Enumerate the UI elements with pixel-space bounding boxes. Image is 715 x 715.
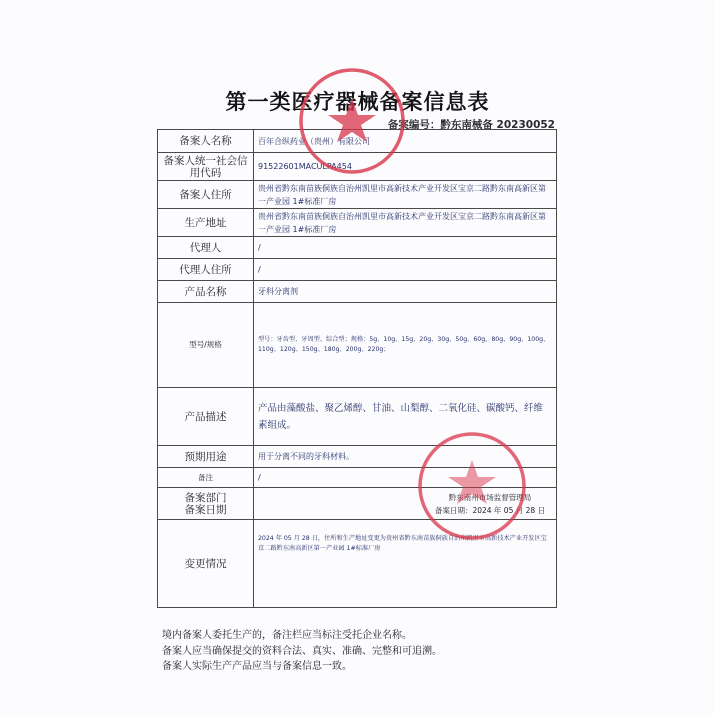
label-agent: 代理人	[158, 237, 254, 259]
table-row: 型号/规格 型号：牙齿型、牙周型、综合型；规格：5g、10g、15g、20g、3…	[158, 303, 557, 388]
table-row: 代理人住所 /	[158, 259, 557, 281]
value-dept-date: 黔东南州市场监督管理局 备案日期：2024 年 05 月 28 日	[254, 488, 557, 520]
label-remarks: 备注	[158, 468, 254, 488]
table-row: 备注 /	[158, 468, 557, 488]
label-filing-department: 备案部门	[162, 492, 249, 504]
label-credit-code: 备案人统一社会信用代码	[158, 153, 254, 181]
value-filer-address: 贵州省黔东南苗族侗族自治州凯里市高新技术产业开发区宝京二路黔东南高新区第一产业园…	[254, 181, 557, 209]
footnotes: 境内备案人委托生产的，备注栏应当标注受托企业名称。 备案人应当确保提交的资料合法…	[162, 628, 442, 675]
note-line: 备案人实际生产产品应当与备案信息一致。	[162, 659, 442, 675]
value-filing-date: 备案日期：2024 年 05 月 28 日	[258, 504, 552, 517]
value-product-description: 产品由藻酸盐、聚乙烯醇、甘油、山梨醇、二氧化硅、碳酸钙、纤维素组成。	[254, 388, 557, 446]
table-row: 产品描述 产品由藻酸盐、聚乙烯醇、甘油、山梨醇、二氧化硅、碳酸钙、纤维素组成。	[158, 388, 557, 446]
table-row: 变更情况 2024 年 05 月 28 日，住所和生产地址变更为贵州省黔东南苗族…	[158, 520, 557, 608]
label-change-history: 变更情况	[158, 520, 254, 608]
label-filer-name: 备案人名称	[158, 130, 254, 153]
note-line: 备案人应当确保提交的资料合法、真实、准确、完整和可追溯。	[162, 644, 442, 660]
table-row: 备案人住所 贵州省黔东南苗族侗族自治州凯里市高新技术产业开发区宝京二路黔东南高新…	[158, 181, 557, 209]
label-filer-address: 备案人住所	[158, 181, 254, 209]
value-change-history: 2024 年 05 月 28 日，住所和生产地址变更为贵州省黔东南苗族侗族自治州…	[254, 520, 557, 608]
table-row: 备案部门 备案日期 黔东南州市场监督管理局 备案日期：2024 年 05 月 2…	[158, 488, 557, 520]
value-agent-address: /	[254, 259, 557, 281]
label-dept-date: 备案部门 备案日期	[158, 488, 254, 520]
label-model-spec: 型号/规格	[158, 303, 254, 388]
value-intended-use: 用于分离不同的牙科材料。	[254, 446, 557, 468]
table-row: 代理人 /	[158, 237, 557, 259]
value-production-address: 贵州省黔东南苗族侗族自治州凯里市高新技术产业开发区宝京二路黔东南高新区第一产业园…	[254, 209, 557, 237]
table-row: 生产地址 贵州省黔东南苗族侗族自治州凯里市高新技术产业开发区宝京二路黔东南高新区…	[158, 209, 557, 237]
label-production-address: 生产地址	[158, 209, 254, 237]
value-agent: /	[254, 237, 557, 259]
value-product-name: 牙科分离剂	[254, 281, 557, 303]
filing-info-table: 备案人名称 百年合纵药业（贵州）有限公司 备案人统一社会信用代码 9152260…	[157, 129, 557, 608]
value-credit-code: 91522601MACULPA454	[254, 153, 557, 181]
table-row: 预期用途 用于分离不同的牙科材料。	[158, 446, 557, 468]
table-row: 产品名称 牙科分离剂	[158, 281, 557, 303]
value-model-spec: 型号：牙齿型、牙周型、综合型；规格：5g、10g、15g、20g、30g、50g…	[254, 303, 557, 388]
label-product-description: 产品描述	[158, 388, 254, 446]
label-product-name: 产品名称	[158, 281, 254, 303]
document-page: 第一类医疗器械备案信息表 备案编号：黔东南械备 20230052 备案人名称 百…	[0, 0, 715, 715]
document-title: 第一类医疗器械备案信息表	[0, 86, 715, 116]
table-row: 备案人名称 百年合纵药业（贵州）有限公司	[158, 130, 557, 153]
note-line: 境内备案人委托生产的，备注栏应当标注受托企业名称。	[162, 628, 442, 644]
value-filing-department: 黔东南州市场监督管理局	[258, 491, 552, 504]
label-filing-date: 备案日期	[162, 504, 249, 516]
value-remarks: /	[254, 468, 557, 488]
label-intended-use: 预期用途	[158, 446, 254, 468]
label-agent-address: 代理人住所	[158, 259, 254, 281]
value-filer-name: 百年合纵药业（贵州）有限公司	[254, 130, 557, 153]
table-row: 备案人统一社会信用代码 91522601MACULPA454	[158, 153, 557, 181]
